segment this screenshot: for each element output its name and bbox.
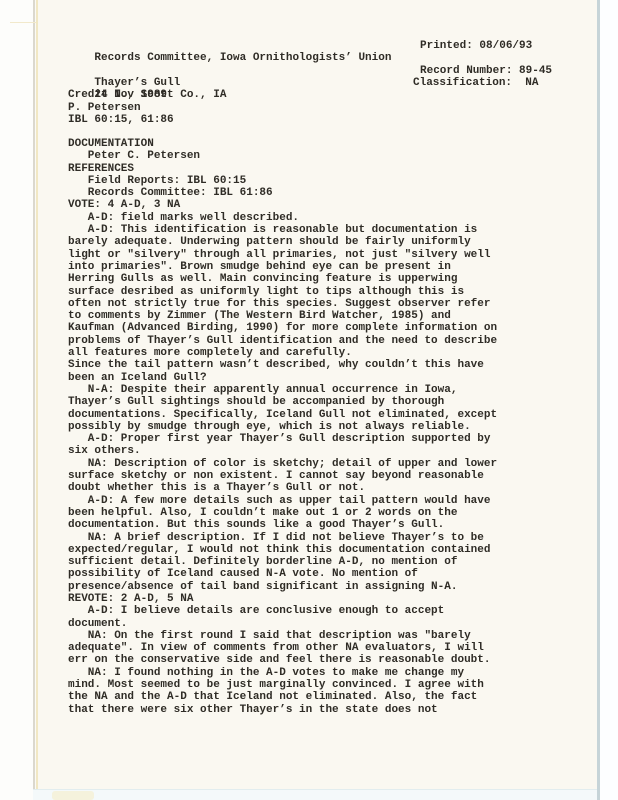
committee-title: Records Committee, Iowa Ornithologists’ …	[94, 52, 391, 64]
document-body: DOCUMENTATION Peter C. Petersen REFERENC…	[68, 138, 497, 716]
record-number: Record Number: 89-45	[420, 65, 552, 77]
record-observer: P. Petersen	[68, 102, 141, 114]
printed-date: Printed: 08/06/93	[420, 40, 532, 52]
record-reference: IBL 60:15, 61:86	[68, 114, 174, 126]
record-classification: Classification: NA	[413, 77, 538, 89]
record-location: Credit I., Scott Co., IA	[68, 89, 226, 101]
document-page: Records Committee, Iowa Ornithologists’ …	[0, 0, 618, 800]
